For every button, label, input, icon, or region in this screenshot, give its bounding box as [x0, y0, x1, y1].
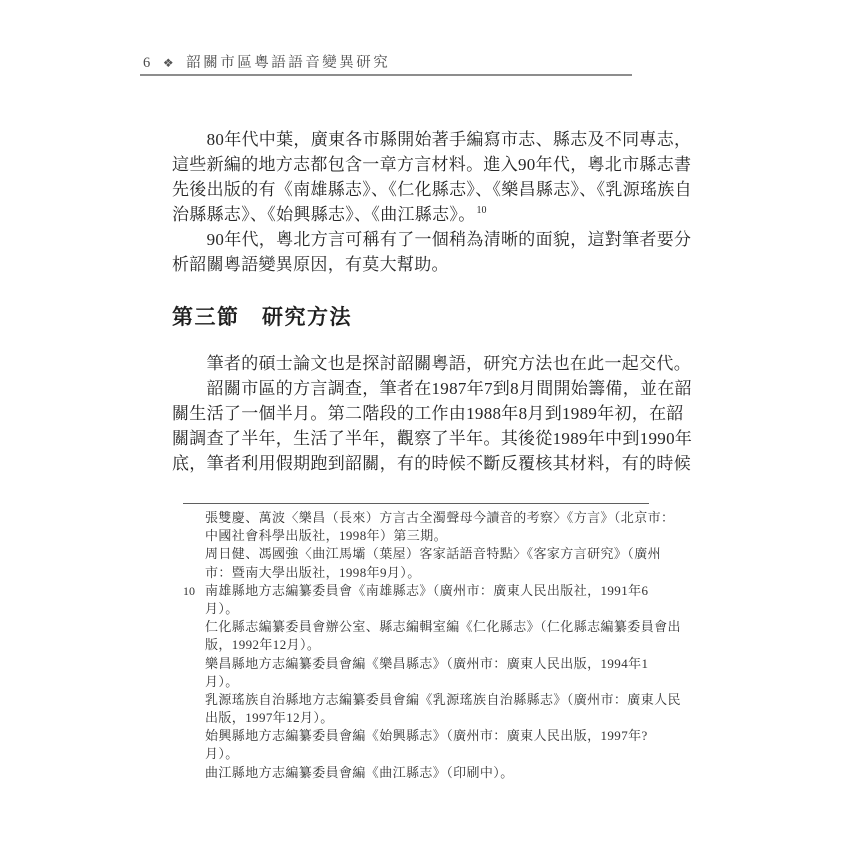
body-text-line: 關調查了半年，生活了半年，觀察了半年。其後從1989年中到1990年	[172, 426, 704, 451]
footnotes-block: 張雙慶、萬波〈樂昌（長來）方言古全濁聲母今讀音的考察〉《方言》（北京市： 中國社…	[205, 509, 690, 782]
body-text-block-2: 筆者的碩士論文也是探討韶關粵語，研究方法也在此一起交代。 韶關市區的方言調查，筆…	[172, 351, 704, 476]
body-text-line: 底，筆者利用假期跑到韶關，有的時候不斷反覆核其材料，有的時候	[172, 451, 704, 476]
footnote-line: 月）。	[205, 600, 690, 618]
footnote-line: 仁化縣志編纂委員會辦公室、縣志編輯室編《仁化縣志》（仁化縣志編纂委員會出	[205, 618, 690, 636]
footnote-line: 版，1992年12月）。	[205, 636, 690, 654]
body-text-line: 析韶關粵語變異原因，有莫大幫助。	[172, 252, 704, 277]
footnote-line: 張雙慶、萬波〈樂昌（長來）方言古全濁聲母今讀音的考察〉《方言》（北京市：	[205, 509, 690, 527]
body-text-line: 這些新編的地方志都包含一章方言材料。進入90年代，粵北市縣志書	[172, 152, 704, 177]
body-text-line: 90年代，粵北方言可稱有了一個稍為清晰的面貌，這對筆者要分	[172, 227, 704, 252]
running-title: 韶關市區粵語語音變異研究	[186, 55, 390, 71]
body-text-line: 治縣縣志》、《始興縣志》、《曲江縣志》。10	[172, 202, 704, 227]
section-heading: 第三節 研究方法	[172, 301, 352, 331]
footnote-reference: 10	[477, 205, 487, 216]
body-text-line: 筆者的碩士論文也是探討韶關粵語，研究方法也在此一起交代。	[172, 351, 704, 376]
footnote-line: 中國社會科學出版社，1998年）第三期。	[205, 527, 690, 545]
body-text-line: 關生活了一個半月。第二階段的工作由1988年8月到1989年初，在韶	[172, 401, 704, 426]
footnote-line: 樂昌縣地方志編纂委員會編《樂昌縣志》（廣州市：廣東人民出版，1994年1	[205, 655, 690, 673]
footnote-line: 10南雄縣地方志編纂委員會《南雄縣志》（廣州市：廣東人民出版社，1991年6	[205, 582, 690, 600]
body-text-line: 80年代中葉，廣東各市縣開始著手編寫市志、縣志及不同專志，	[172, 127, 704, 152]
footnote-separator-rule	[183, 503, 649, 504]
footnote-line: 曲江縣地方志編纂委員會編《曲江縣志》（印刷中）。	[205, 764, 690, 782]
body-text-line-text: 治縣縣志》、《始興縣志》、《曲江縣志》。	[172, 205, 476, 224]
body-text-line: 韶關市區的方言調查，筆者在1987年7到8月間開始籌備，並在韶	[172, 376, 704, 401]
footnote-line: 月）。	[205, 673, 690, 691]
book-page: { "header": { "page_number": "6", "ornam…	[0, 0, 850, 850]
footnote-number: 10	[183, 582, 195, 600]
running-header: 6 ❖ 韶關市區粵語語音變異研究	[143, 51, 390, 72]
footnote-line-text: 南雄縣地方志編纂委員會《南雄縣志》（廣州市：廣東人民出版社，1991年6	[205, 583, 648, 598]
footnote-line: 始興縣地方志編纂委員會編《始興縣志》（廣州市：廣東人民出版，1997年?	[205, 727, 690, 745]
page-number: 6	[143, 55, 153, 71]
footnote-line: 出版，1997年12月）。	[205, 709, 690, 727]
footnote-line: 市：暨南大學出版社，1998年9月）。	[205, 564, 690, 582]
body-text-line: 先後出版的有《南雄縣志》、《仁化縣志》、《樂昌縣志》、《乳源瑤族自	[172, 177, 704, 202]
footnote-line: 乳源瑤族自治縣地方志編纂委員會編《乳源瑤族自治縣縣志》（廣州市：廣東人民	[205, 691, 690, 709]
body-text-block-1: 80年代中葉，廣東各市縣開始著手編寫市志、縣志及不同專志， 這些新編的地方志都包…	[172, 127, 704, 277]
footnote-line: 周日健、馮國強〈曲江馬壩（葉屋）客家話語音特點〉《客家方言研究》（廣州	[205, 545, 690, 563]
diamond-ornament-icon: ❖	[163, 56, 176, 70]
footnote-line: 月）。	[205, 745, 690, 763]
header-rule	[140, 74, 632, 76]
